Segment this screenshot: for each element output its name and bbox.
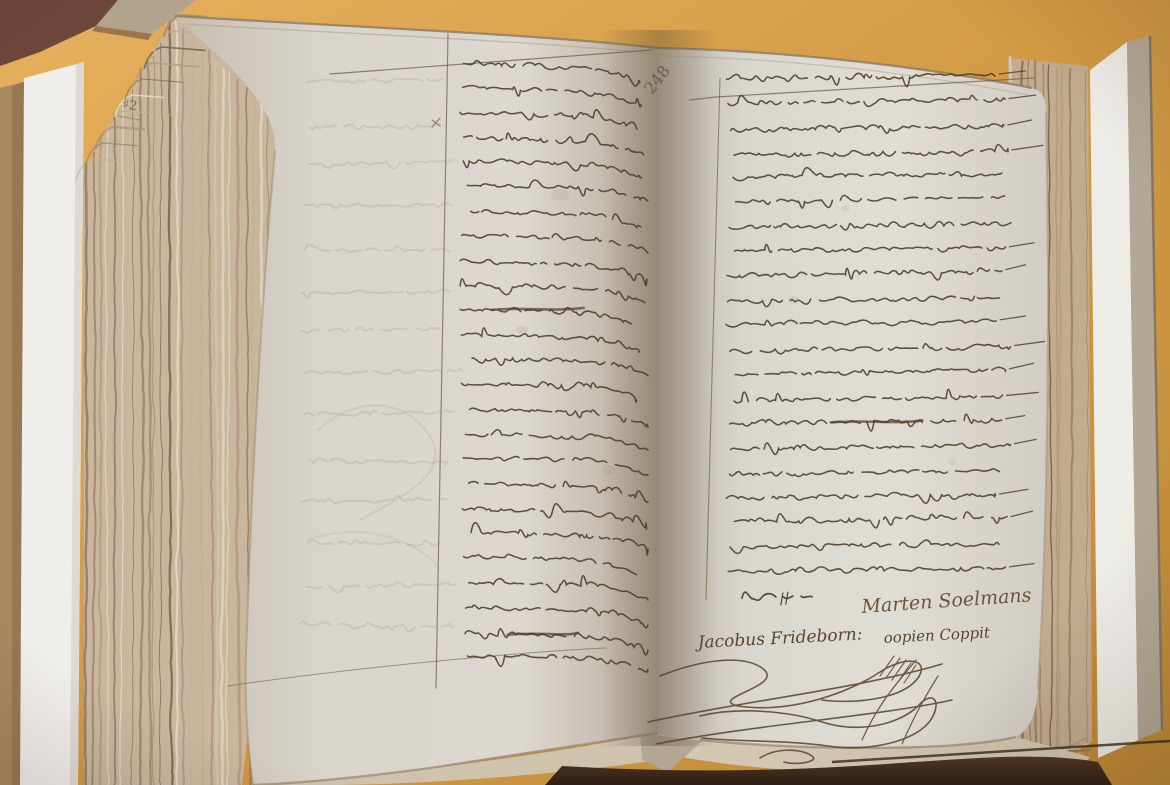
photograph-of-open-manuscript: 248 ♯2 // Jacobus Frideborn: Marten Soel… <box>0 0 1170 785</box>
photo-vignette <box>0 0 1170 785</box>
manuscript-photo-canvas: 248 ♯2 // Jacobus Frideborn: Marten Soel… <box>0 0 1170 785</box>
